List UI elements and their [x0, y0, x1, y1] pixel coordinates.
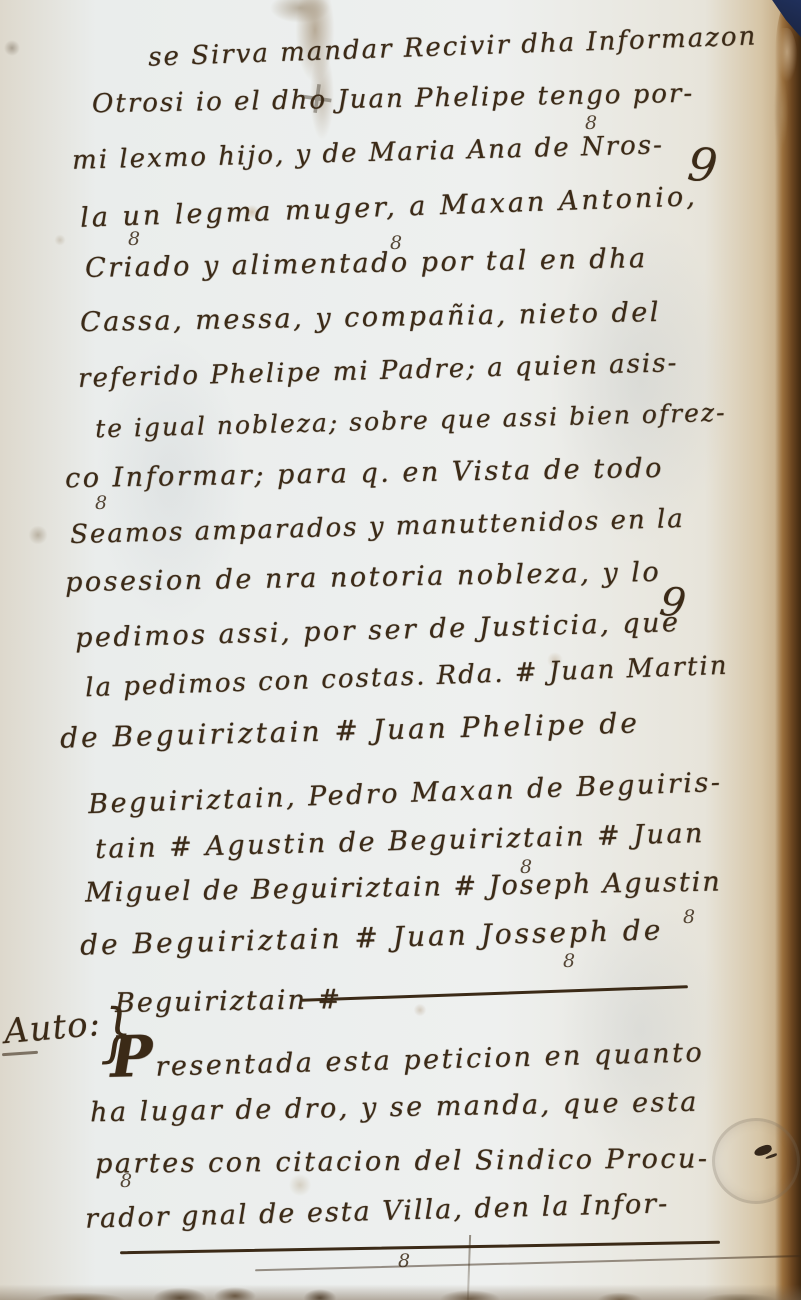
margin-note-auto: Auto: [2, 1004, 102, 1052]
flourish-loop: 9 [657, 578, 689, 627]
ink-loop: 8 [128, 228, 140, 250]
manuscript-line: Cassa, messa, y compañia, nieto del [80, 299, 661, 336]
manuscript-line: Beguiriztain, Pedro Maxan de Beguiris- [88, 769, 723, 818]
manuscript-line: de Beguiriztain # Juan Phelipe de [60, 709, 640, 752]
manuscript-page: + se Sirva mandar Recivir dha Informazon… [0, 0, 801, 1300]
manuscript-line: Miguel de Beguiriztain # Joseph Agustin [85, 868, 722, 906]
manuscript-line: mi lexmo hijo, y de Maria Ana de Nros- [72, 132, 664, 173]
manuscript-line: de Beguiriztain # Juan Josseph de [80, 916, 664, 959]
manuscript-line: ha lugar de dro, y se manda, que esta [90, 1089, 699, 1127]
manuscript-line: Beguiriztain # [115, 986, 343, 1017]
page-edge-bottom-smudges [0, 1274, 801, 1300]
ink-loop: 8 [520, 856, 532, 878]
manuscript-line: se Sirva mandar Recivir dha Informazon [148, 23, 758, 70]
manuscript-line: Otrosi io el dho Juan Phelipe tengo por- [92, 81, 695, 118]
manuscript-line: rador gnal de esta Villa, den la Infor- [85, 1190, 670, 1232]
ink-loop: 8 [563, 950, 575, 972]
seal-ghost [712, 1118, 800, 1204]
ink-loop: 8 [120, 1170, 132, 1192]
ink-loop: 8 [95, 492, 107, 514]
manuscript-line: partes con citacion del Sindico Procu- [95, 1145, 710, 1177]
manuscript-line: tain # Agustin de Beguiriztain # Juan [95, 820, 705, 863]
ink-loop: 8 [398, 1250, 410, 1272]
flourish-loop: 9 [685, 137, 720, 194]
manuscript-line: Presentada esta peticion en quanto [109, 1014, 704, 1086]
manuscript-line: referido Phelipe mi Padre; a quien asis- [78, 350, 679, 392]
manuscript-line: posesion de nra notoria nobleza, y lo [65, 559, 662, 596]
ink-rule [120, 1241, 720, 1254]
manuscript-line: Criado y alimentado por tal en dha [85, 245, 648, 282]
manuscript-line: te igual nobleza; sobre que assi bien of… [95, 400, 727, 442]
ink-rule [300, 985, 688, 1002]
manuscript-line: co Informar; para q. en Vista de todo [65, 455, 664, 492]
ink-loop: 8 [390, 232, 402, 254]
manuscript-line: la un legma muger, a Maxan Antonio, [80, 183, 698, 232]
ink-loop: 8 [585, 112, 597, 134]
page-edge-right [775, 0, 801, 1300]
torn-corner-crinkle [769, 28, 799, 148]
manuscript-line: Seamos amparados y manuttenidos en la [70, 506, 685, 548]
ink-rule [255, 1255, 801, 1272]
manuscript-line: la pedimos con costas. Rda. # Juan Marti… [85, 653, 729, 701]
manuscript-line: pedimos assi, por ser de Justicia, que [75, 609, 681, 652]
ink-loop: 8 [683, 906, 695, 928]
